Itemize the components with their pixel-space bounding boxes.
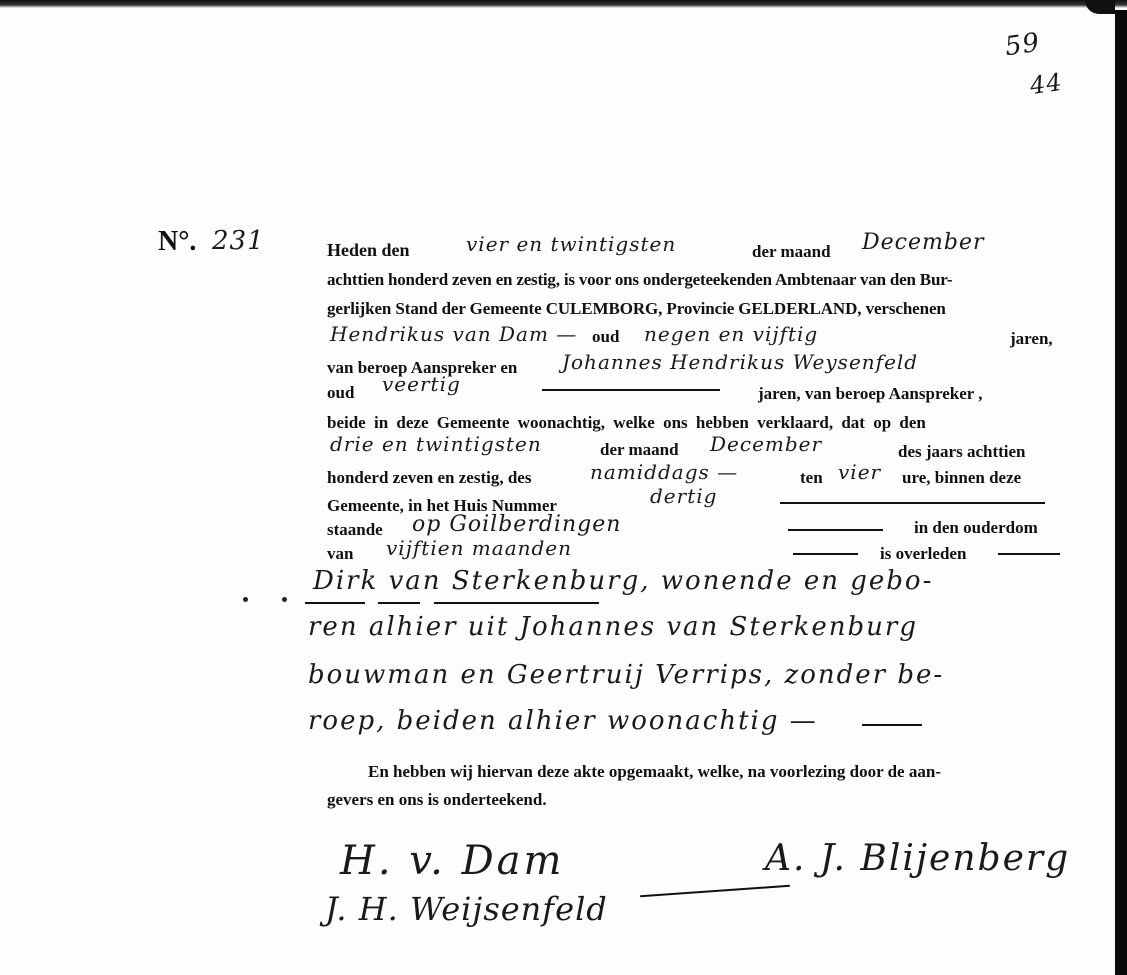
scan-edge-right [1115,10,1127,975]
signature-official: A. J. Blijenberg [765,838,1070,879]
fill-line [542,389,720,391]
handwritten-location: op Goilberdingen [412,512,621,537]
margin-dot [282,597,287,602]
handwritten-house-number: dertig [650,484,717,508]
printed-text: der maand [752,242,831,262]
printed-text: des jaars achttien [898,442,1025,462]
name-underline [378,602,420,604]
signature-declarant-1: H. v. Dam [340,838,564,884]
fill-line [780,502,1045,504]
printed-text: beide in deze Gemeente woonachtig, welke… [327,413,926,433]
signature-flourish [640,885,790,897]
handwritten-age-deceased: vijftien maanden [386,536,572,560]
handwritten-age-1: negen en vijftig [644,322,818,346]
printed-text: achttien honderd zeven en zestig, is voo… [327,270,952,290]
handwritten-death-day: drie en twintigsten [330,432,542,456]
fill-line [788,529,883,531]
name-underline [305,602,365,604]
handwritten-hour: vier [838,460,881,484]
signature-declarant-2: J. H. Weijsenfeld [325,890,608,928]
fill-line [998,553,1060,555]
handwritten-time-of-day: namiddags — [590,460,738,484]
record-number-label: N°. [158,226,196,258]
deceased-line-1: Dirk van Sterkenburg, wonende en gebo- [313,566,933,596]
handwritten-age-2: veertig [382,372,461,396]
deceased-line-3: bouwman en Geertruij Verrips, zonder be- [308,660,944,690]
document-page: 59 44 N°. 231 Heden den vier en twintigs… [0,0,1127,975]
folio-number-bottom: 44 [1028,68,1064,100]
fill-line [862,724,922,726]
record-number: 231 [212,226,265,256]
printed-text: oud [327,383,354,403]
fill-line [793,553,858,555]
printed-text: ure, binnen deze [902,468,1021,488]
handwritten-declarant-2: Johannes Hendrikus Weysenfeld [562,350,918,374]
folio-number-top: 59 [1003,28,1042,63]
printed-text: Heden den [327,240,410,261]
handwritten-month: December [862,230,984,255]
handwritten-declarant-1: Hendrikus van Dam — [330,322,577,346]
printed-text: gerlijken Stand der Gemeente CULEMBORG, … [327,299,946,319]
closing-text-2: gevers en ons is onderteekend. [327,790,547,810]
printed-text: van [327,544,353,564]
closing-text-1: En hebben wij hiervan deze akte opgemaak… [368,762,941,782]
printed-text: honderd zeven en zestig, des [327,468,531,488]
name-underline [434,602,599,604]
printed-text: jaren, [1010,329,1053,349]
scan-edge-top [0,0,1127,8]
handwritten-death-month: December [710,432,822,456]
handwritten-day: vier en twintigsten [466,232,676,256]
printed-text: staande [327,520,383,540]
printed-text: ten [800,468,823,488]
printed-text: jaren, van beroep Aanspreker , [758,384,982,404]
printed-text: is overleden [880,544,966,564]
margin-dot [243,597,248,602]
printed-text: oud [592,327,619,347]
scan-corner [1085,0,1115,14]
deceased-line-4: roep, beiden alhier woonachtig — [308,706,818,736]
printed-text: der maand [600,440,679,460]
deceased-line-2: ren alhier uit Johannes van Sterkenburg [308,612,918,642]
printed-text: in den ouderdom [914,518,1038,538]
